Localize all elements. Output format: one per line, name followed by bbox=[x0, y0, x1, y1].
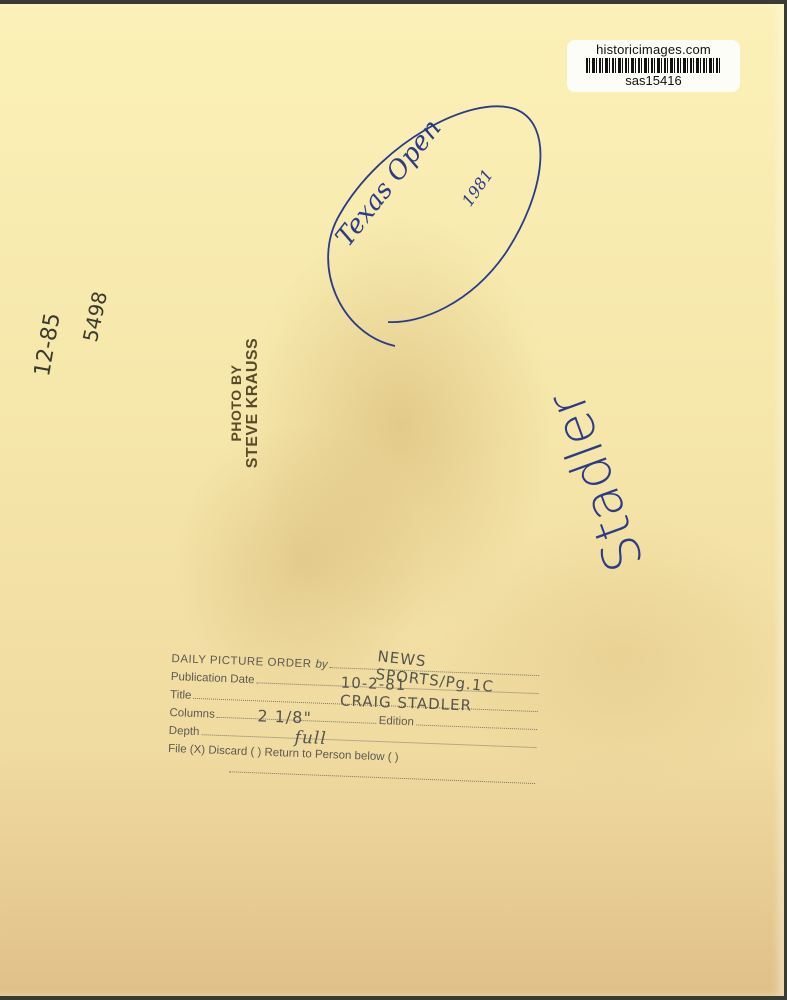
title-label: Title bbox=[170, 689, 192, 702]
stamp-line-1: PHOTO BY bbox=[228, 318, 244, 488]
columns-label: Columns bbox=[169, 707, 215, 721]
depth-value: full bbox=[294, 728, 327, 749]
columns-value: 2 1/8" bbox=[257, 706, 312, 727]
edition-label: Edition bbox=[378, 715, 414, 728]
photographer-stamp: PHOTO BY STEVE KRAUSS bbox=[228, 318, 262, 488]
margin-code-text: 5498 bbox=[78, 289, 112, 344]
stamp-line-2: STEVE KRAUSS bbox=[244, 318, 262, 488]
archive-code: sas15416 bbox=[567, 73, 740, 88]
barcode-icon bbox=[586, 58, 722, 73]
depth-label: Depth bbox=[169, 725, 200, 738]
archive-label: historicimages.com sas15416 bbox=[567, 40, 740, 92]
subject-name-text: Stadler bbox=[536, 384, 656, 579]
margin-date-note: 12-85 bbox=[30, 311, 66, 378]
margin-code-note: 5498 bbox=[78, 289, 112, 344]
photo-back-paper: historicimages.com sas15416 Texas Open 1… bbox=[0, 4, 784, 996]
archive-site-name: historicimages.com bbox=[567, 42, 740, 57]
by-label: by bbox=[315, 659, 328, 671]
margin-date-text: 12-85 bbox=[30, 311, 66, 378]
picture-order-form: DAILY PICTURE ORDER by Publication Date … bbox=[167, 647, 542, 787]
subject-name-note: Stadler bbox=[536, 384, 656, 579]
